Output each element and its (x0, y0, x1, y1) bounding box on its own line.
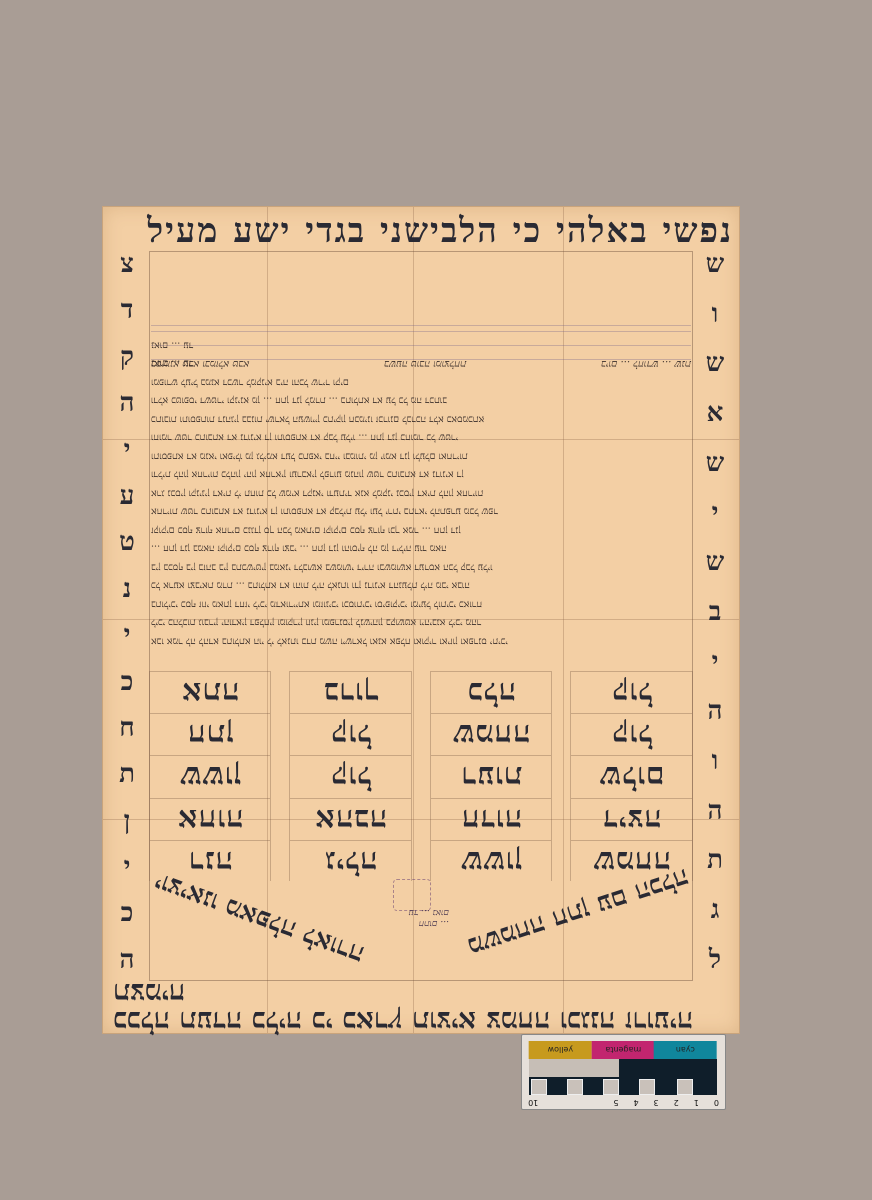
grid-word: חדוה (461, 804, 522, 834)
body-text-block: אבו אמר לה להדא בתולתא הוי לי לאנתו כדת … (151, 335, 691, 650)
left-border-letter: ק (120, 344, 134, 370)
grid-cell: קול (572, 671, 693, 712)
right-border-letter: ב (709, 599, 722, 625)
gray-patch (531, 1079, 547, 1095)
grid-cell: אהבה (291, 798, 412, 839)
body-text-line: בתוליכי כסף זוזי מאתן דחזי ליכי מדאוריית… (151, 594, 691, 613)
scale-tick: 10 (528, 1097, 538, 1107)
right-border-letter: ג (711, 897, 720, 923)
grid-cell: כלה (431, 671, 552, 712)
grid-word: קול (611, 677, 652, 707)
body-text-line: ותוספתא דא מנאי ואפילו מן גלימא דעל כתפא… (151, 446, 691, 465)
grid-cell: ששון (431, 840, 552, 881)
body-text-line: ... חתן דנן במאה זקוקים כסף צרוף וצבי ..… (151, 539, 691, 558)
grid-cell: קול (291, 756, 412, 797)
left-border-letter: ד (121, 297, 134, 323)
grid-cell: דיצה (572, 798, 693, 839)
body-text-line: נאום ... עד (151, 354, 691, 373)
bottom-border-text: ככלה תעדה כליה כי כארץ תוציא צמחה וכגנה … (113, 979, 729, 1035)
grid-column: ששוןחדוהרעותשמחהכלה (430, 671, 553, 881)
grid-cell: חדוה (431, 798, 552, 839)
top-border-text: נפשי באלהי כי הלבישני בגדי ישע מעיל (147, 214, 733, 248)
grid-column: גילהאהבהקולקולברוך (290, 671, 413, 881)
grid-cell: שלום (572, 756, 693, 797)
right-border-letter: ש (706, 450, 724, 476)
right-border-letter: י (712, 500, 719, 526)
body-text-line: אחריות שטר כתובתא דא נדוניא דן ותוספתא ד… (151, 502, 691, 521)
grid-word: אהבה (315, 804, 387, 834)
gray-patch (603, 1079, 619, 1095)
left-border-letter: צ (120, 251, 134, 277)
grid-word: רעות (460, 762, 522, 792)
body-text-line: וחומר שטר כתובתא דא נדוניא דן ותוספתא דא… (151, 428, 691, 447)
grid-cell: ששון (150, 756, 271, 797)
swatch-label: yellow (548, 1046, 574, 1055)
body-text-line: ליכי כהלכות גוברין יהודאין דפלחין ומוקרי… (151, 613, 691, 632)
left-border-letter: כ (121, 900, 134, 926)
right-border-letter: ש (706, 549, 724, 575)
body-text-line: ארג נכסין וקנינין דאית לי תחות כל שמיא ד… (151, 483, 691, 502)
top-border-calligraphy: נפשי באלהי כי הלבישני בגדי ישע מעיל (109, 211, 733, 251)
grid-cell: אחוה (150, 798, 271, 839)
right-border-letter: ה (708, 698, 723, 724)
body-text-line: ודלא כטופסי דשטרי וקנינא מן ... חתן דנן … (151, 391, 691, 410)
grid-cell: ברוך (291, 671, 412, 712)
left-border-calligraphy: צדקהיעטניכחתןיכה (107, 251, 147, 973)
left-border-letter: נ (123, 576, 131, 602)
right-border-letter: ו (712, 301, 719, 327)
right-border-letter: ת (707, 847, 723, 873)
grid-word: ברוך (323, 677, 379, 707)
gray-patch (567, 1079, 583, 1095)
left-border-letter: י (124, 622, 131, 648)
body-text-line: כתובות ותוספתות דנהגין בבנות ישראל העשוי… (151, 409, 691, 428)
swatch-label: cyan (676, 1046, 695, 1055)
grid-word: קול (330, 719, 371, 749)
scale-tick: 4 (633, 1097, 638, 1107)
grid-cell: אתה (150, 671, 271, 712)
body-text-line: זקוקים כסף צרוף אחרים כנגדן סך הכל מאתים… (151, 520, 691, 539)
grid-cell: קול (572, 713, 693, 754)
swatch-label: magenta (605, 1046, 641, 1055)
grid-word: אחוה (177, 804, 243, 834)
right-border-letter: י (712, 649, 719, 675)
grid-word: רנה (188, 846, 233, 876)
grid-column: רנהאחוהששוןחתןאתה (149, 671, 272, 881)
gray-patch (639, 1079, 655, 1095)
grid-cell: חתן (150, 713, 271, 754)
grid-word: חתן (187, 719, 234, 749)
bottom-border-calligraphy: ככלה תעדה כליה כי כארץ תוציא צמחה וכגנה … (113, 985, 729, 1029)
swatch-yellow: yellow (529, 1041, 592, 1059)
grayscale-strip (529, 1059, 717, 1095)
body-text-line: ומפורש לעיל במנא דכשר למקניא ביה והכל שר… (151, 372, 691, 391)
grid-word: ששון (460, 846, 522, 876)
right-border-letter: ל (709, 947, 721, 973)
grid-word: כלה (467, 677, 516, 707)
left-border-letter: י (124, 854, 131, 880)
body-text-line: אבו אמר לה להדא בתולתא הוי לי לאנתו כדת … (151, 631, 691, 650)
grid-word: קול (330, 762, 371, 792)
right-border-letter: ו (712, 748, 719, 774)
grid-word: קול (611, 719, 652, 749)
right-border-letter: ש (706, 350, 724, 376)
signature-line: עד ... נאום (359, 907, 449, 918)
color-calibration-target: yellow magenta cyan 01234510 (521, 1034, 726, 1110)
right-border-calligraphy: שושאשישביהוהתגל (695, 251, 735, 973)
left-border-letter: י (124, 437, 131, 463)
signature-block: ... חתום עד ... נאום (359, 879, 449, 929)
scale-tick: 2 (674, 1097, 679, 1107)
right-border-letter: ש (706, 251, 724, 277)
left-border-letter: ה (120, 947, 135, 973)
scale-ruler: 01234510 (528, 1097, 719, 1107)
right-border-letter: א (707, 400, 724, 426)
swatch-cyan: cyan (654, 1041, 717, 1059)
left-border-letter: ע (120, 483, 135, 509)
scale-tick: 5 (613, 1097, 618, 1107)
grid-word: דיצה (602, 804, 661, 834)
grid-word: שמחה (452, 719, 530, 749)
swatch-magenta: magenta (592, 1041, 655, 1059)
color-swatches: yellow magenta cyan (529, 1041, 717, 1059)
gray-patch (529, 1059, 619, 1077)
grid-word: אתה (181, 677, 239, 707)
grid-cell: שמחה (431, 713, 552, 754)
blank-header-panel (151, 251, 691, 331)
signature-line: ... חתום (359, 918, 449, 929)
ruled-line (151, 325, 691, 326)
gray-patch (677, 1079, 693, 1095)
left-border-letter: ת (119, 761, 135, 787)
body-text-line: ודלית להון אחריות כלהון יהון אחראין וערב… (151, 465, 691, 484)
left-border-letter: ח (119, 715, 134, 741)
grid-cell: גילה (291, 840, 412, 881)
ruled-line (151, 331, 691, 332)
scale-tick: 0 (714, 1097, 719, 1107)
left-border-letter: ן (124, 808, 131, 834)
grid-word: שלום (599, 762, 665, 792)
grid-word: ששון (179, 762, 241, 792)
grid-word: גילה (324, 846, 377, 876)
left-border-letter: כ (121, 669, 134, 695)
left-border-letter: ה (120, 390, 135, 416)
grid-column: שמחהדיצהשלוםקולקול (571, 671, 694, 881)
blessings-grid: שמחהדיצהשלוםקולקולששוןחדוהרעותשמחהכלהגיל… (149, 671, 693, 881)
scale-tick: 3 (654, 1097, 659, 1107)
right-border-letter: ה (708, 798, 723, 824)
body-text-line: בין בכסף בין בזהב בין בתכשיטין במאני דלב… (151, 557, 691, 576)
grid-cell: רעות (431, 756, 552, 797)
grid-cell: קול (291, 713, 412, 754)
body-text-line: נאום ... עד (151, 335, 691, 354)
scale-tick: 1 (694, 1097, 699, 1107)
manuscript-paper: נפשי באלהי כי הלבישני בגדי ישע מעיל צדקה… (102, 206, 740, 1034)
left-border-letter: ט (119, 529, 135, 555)
body-text-line: כל ארעא וצביאת מרת ... בתולתא דא והות לי… (151, 576, 691, 595)
